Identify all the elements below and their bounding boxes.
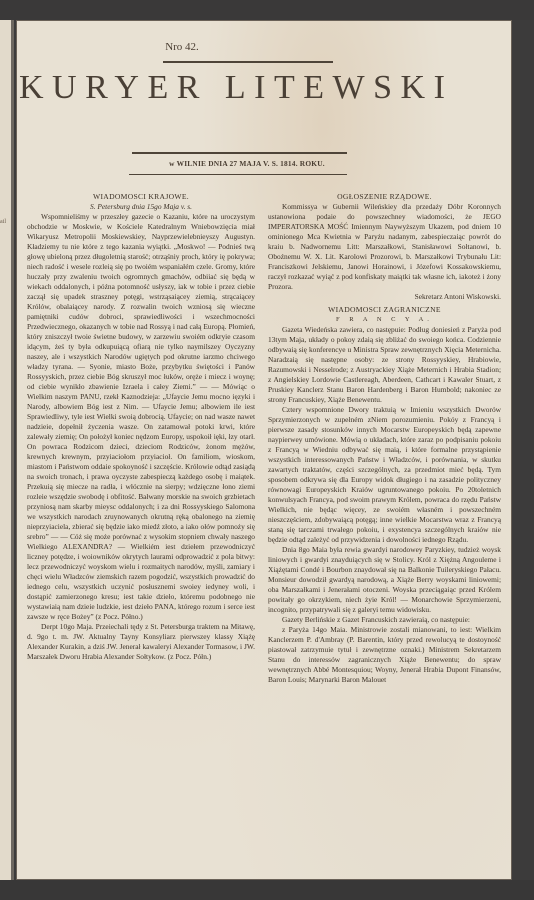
newspaper-page: Nro 42. KURYER LITEWSKI w WILNIE DNIA 27… — [17, 21, 511, 879]
country-heading-france: F R A N C Y A. — [268, 315, 501, 325]
issue-number: Nro 42. — [17, 41, 347, 53]
dateline: w WILNIE DNIA 27 MAJA V. S. 1814. ROKU. — [127, 159, 367, 168]
viewer-bottom-bar — [0, 880, 534, 900]
dateline-st-petersburg: S. Petersburg dnia 15go Maja v. s. — [27, 202, 255, 212]
dateline-top-rule — [132, 152, 347, 154]
article-four-courts: Cztery wspomnione Dwory traktuią w Imien… — [268, 405, 501, 545]
article-sermon: Wspomnieliśmy w przeszłey gazecie o Kaza… — [27, 212, 255, 622]
newspaper-title: KURYER LITEWSKI — [19, 69, 459, 107]
announcement-signature: Sekretarz Antoni Wiskowski. — [268, 292, 501, 302]
article-paris-ministers: z Paryża 14go Maia. Ministrowie zostali … — [268, 625, 501, 685]
article-vienna-gazette: Gazeta Wiedeńska zawiera, co następuie: … — [268, 325, 501, 405]
section-heading-foreign-news: WIADOMOSCI ZAGRANICZNE — [268, 305, 501, 315]
section-heading-domestic: WIADOMOSCI KRAJOWE. — [27, 192, 255, 202]
viewer-top-bar — [0, 0, 534, 20]
article-derpt: Derpt 10go Maja. Przeiechali tędy z St. … — [27, 622, 255, 662]
section-heading-government-notice: OGŁOSZENIE RZĄDOWE. — [268, 192, 501, 202]
left-column: WIADOMOSCI KRAJOWE. S. Petersburg dnia 1… — [27, 189, 255, 662]
right-column: OGŁOSZENIE RZĄDOWE. Kommissya w Gubernii… — [268, 189, 501, 685]
dateline-bottom-rule — [129, 174, 347, 175]
previous-page-edge: ail — [0, 20, 14, 880]
government-announcement: Kommissya w Gubernii Wileńskiey dla prze… — [268, 202, 501, 292]
article-review-guard: Dnia 8go Maia była rewia gwardyi narodow… — [268, 545, 501, 615]
previous-page-text-fragment: ail — [0, 219, 6, 225]
masthead-top-rule — [163, 61, 333, 63]
article-berlin-gazettes-intro: Gazety Berlińskie z Gazet Francuskich za… — [268, 615, 501, 625]
